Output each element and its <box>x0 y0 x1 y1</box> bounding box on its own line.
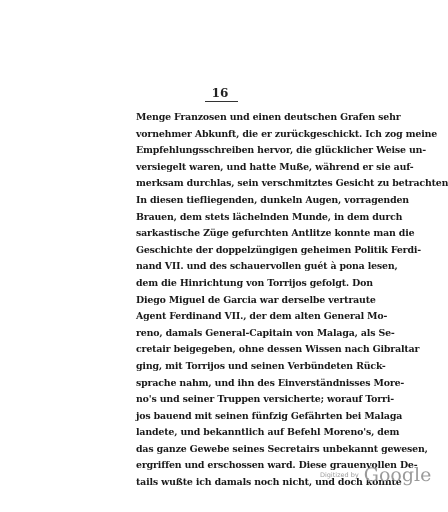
text-line: Brauen, dem stets lächelnden Munde, in d… <box>136 210 312 227</box>
text-line: In diesen tiefliegenden, dunkeln Augen, … <box>136 193 312 210</box>
watermark-prefix: Digitized by <box>320 471 359 479</box>
google-logo-text: Google <box>364 464 432 486</box>
text-line: reno, damals General-Capitain von Malaga… <box>136 326 312 343</box>
digitized-by-google-watermark: Digitized by Google <box>320 464 431 486</box>
text-line: landete, und bekanntlich auf Befehl More… <box>136 425 312 442</box>
page-number-rule <box>205 101 238 102</box>
text-line: Geschichte der doppelzüngigen geheimen P… <box>136 243 312 260</box>
page-number: 16 <box>200 86 240 100</box>
text-line: tails wußte ich damals noch nicht, und d… <box>136 475 312 492</box>
text-line: vornehmer Abkunft, die er zurückgeschick… <box>136 127 312 144</box>
text-line: ging, mit Torrijos und seinen Verbündete… <box>136 359 312 376</box>
text-line: Agent Ferdinand VII., der dem alten Gene… <box>136 309 312 326</box>
text-line: Empfehlungsschreiben hervor, die glückli… <box>136 143 312 160</box>
body-text: Menge Franzosen und einen deutschen Graf… <box>136 110 312 492</box>
text-line: das ganze Gewebe seines Secretairs unbek… <box>136 442 312 459</box>
text-line: nand VII. und des schauervollen guét à p… <box>136 259 312 276</box>
text-line: sprache nahm, und ihn des Einverständnis… <box>136 376 312 393</box>
text-line: no's und seiner Truppen versicherte; wor… <box>136 392 312 409</box>
text-line: merksam durchlas, sein verschmitztes Ges… <box>136 176 312 193</box>
text-line: dem die Hinrichtung von Torrijos gefolgt… <box>136 276 312 293</box>
text-line: versiegelt waren, und hatte Muße, währen… <box>136 160 312 177</box>
text-line: sarkastische Züge gefurchten Antlitze ko… <box>136 226 312 243</box>
text-line: ergriffen und erschossen ward. Diese gra… <box>136 458 312 475</box>
text-line: jos bauend mit seinen fünfzig Gefährten … <box>136 409 312 426</box>
text-line: cretair beigegeben, ohne dessen Wissen n… <box>136 342 312 359</box>
text-line: Menge Franzosen und einen deutschen Graf… <box>136 110 312 127</box>
text-line: Diego Miguel de Garcia war derselbe vert… <box>136 293 312 310</box>
